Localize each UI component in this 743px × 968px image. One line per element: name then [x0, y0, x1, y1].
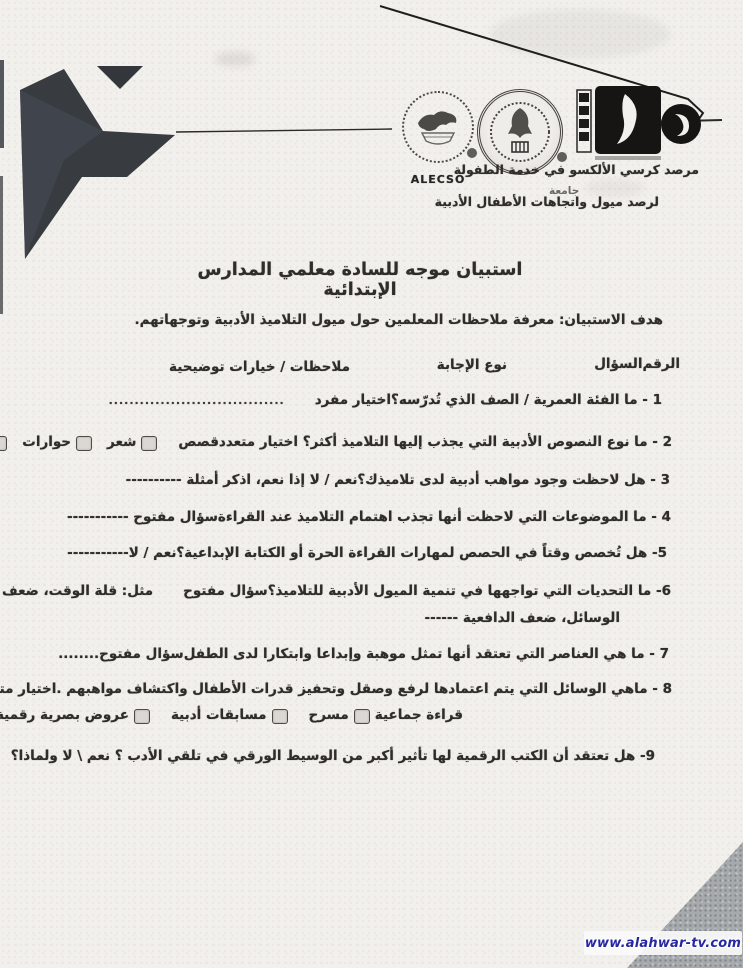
- scan-line-artifact: [176, 129, 392, 132]
- fold-triangle-artifact: [97, 66, 143, 89]
- seal-side-dot: [557, 152, 567, 162]
- checkbox-theater-icon: [272, 709, 288, 724]
- scanned-questionnaire-page: ALECSO جامعة مرصد كرسي الألكسو في خدمة ا…: [0, 0, 743, 968]
- question-8-option-group-reading: قراءة جماعية: [375, 707, 463, 723]
- question-1-answer-type: اختيار مفرد: [315, 392, 391, 408]
- checkbox-group-reading-icon: [354, 709, 370, 724]
- column-header-notes: ملاحظات / خيارات توضيحية: [169, 359, 350, 375]
- question-8-answer: اختيار متعدد: [0, 681, 56, 697]
- page-title: استبيان موجه للسادة معلمي المدارس الإبتد…: [180, 260, 540, 300]
- column-question-label: السؤال: [594, 356, 642, 372]
- scan-edge-strip: [0, 176, 3, 314]
- objective-line: هدف الاستبيان: معرفة ملاحظات المعلمين حو…: [134, 312, 663, 328]
- objective-text: هدف الاستبيان: معرفة ملاحظات المعلمين حو…: [134, 312, 663, 328]
- column-header-number-question: الرقم السؤال: [578, 356, 680, 372]
- question-row-9: 9- هل تعتقد أن الكتب الرقمية لها تأثير أ…: [11, 748, 655, 764]
- column-number-label: الرقم: [642, 356, 680, 372]
- checkbox-dialogues-icon: [0, 436, 7, 451]
- question-row-6-continuation: الوسائل، ضعف الدافعية ------: [425, 610, 621, 626]
- alecso-logo-icon: [402, 91, 474, 163]
- alecso-map-icon: [410, 99, 466, 155]
- checkbox-literary-contests-icon: [134, 709, 150, 724]
- question-9-text: 9- هل تعتقد أن الكتب الرقمية لها تأثير أ…: [11, 748, 655, 764]
- question-row-1: 1 - ما الفئة العمرية / الصف الذي تُدرّسه…: [54, 392, 662, 408]
- question-row-8-options: قراءة جماعية مسرح مسابقات أدبية عروض بصر…: [0, 707, 463, 723]
- question-5-answer: نعم / لا-----------: [67, 545, 176, 561]
- checkbox-poetry-icon: [76, 436, 92, 451]
- column-notes-label: ملاحظات / خيارات توضيحية: [169, 359, 350, 375]
- question-6-note: مثل: قلة الوقت، ضعف: [2, 583, 153, 599]
- question-row-7: 7 - ما هي العناصر التي تعتقد أنها تمثل م…: [28, 646, 669, 662]
- question-8-option-literary-contests: مسابقات أدبية: [171, 707, 267, 723]
- question-8-option-theater: مسرح: [309, 707, 349, 723]
- question-2-option-dialogues: حوارات: [22, 434, 71, 450]
- question-1-dotted-line: ..................................: [109, 394, 285, 407]
- watermark-text: www.alahwar-tv.com: [585, 936, 741, 951]
- question-6-text: 6- ما التحديات التي تواجهها في تنمية الم…: [268, 583, 671, 599]
- question-7-answer: سؤال مفتوح........: [58, 646, 184, 662]
- question-3-text: 3 - هل لاحظت وجود مواهب أدبية لدى تلاميذ…: [357, 472, 670, 488]
- seal-side-dot: [467, 148, 477, 158]
- question-6-answer: سؤال مفتوح: [183, 583, 268, 599]
- question-2-text: 2 - ما نوع النصوص الأدبية التي يجذب إليه…: [219, 434, 672, 450]
- question-row-5: 5- هل تُخصص وقتاً في الحصص لمهارات القرا…: [37, 545, 667, 561]
- question-row-3: 3 - هل لاحظت وجود مواهب أدبية لدى تلاميذ…: [110, 472, 670, 488]
- question-row-4: 4 - ما الموضوعات التي لاحظت أنها تجذب اه…: [37, 509, 671, 525]
- question-8-text: 8 - ماهي الوسائل التي يتم اعتمادها لرفع …: [56, 681, 672, 697]
- watermark-strip: www.alahwar-tv.com: [584, 931, 742, 955]
- question-5-text: 5- هل تُخصص وقتاً في الحصص لمهارات القرا…: [176, 545, 667, 561]
- column-header-answer-type: نوع الإجابة: [437, 357, 507, 373]
- question-7-text: 7 - ما هي العناصر التي تعتقد أنها تمثل م…: [184, 646, 669, 662]
- question-2-option-poetry: شعر: [107, 434, 136, 450]
- question-3-answer: نعم / لا إذا نعم، اذكر أمثلة ----------: [126, 472, 358, 488]
- question-4-text: 4 - ما الموضوعات التي لاحظت أنها تجذب اه…: [218, 509, 671, 525]
- checkbox-stories-icon: [141, 436, 157, 451]
- question-row-2: 2 - ما نوع النصوص الأدبية التي يجذب إليه…: [0, 434, 672, 450]
- scan-smudge: [215, 52, 255, 66]
- header-caption-line2: لرصد ميول واتجاهات الأطفال الأدبية: [435, 194, 659, 209]
- column-answer-type-label: نوع الإجابة: [437, 357, 507, 373]
- question-8-option-digital-visuals: عروض بصرية رقمية: [0, 707, 129, 723]
- question-row-8: 8 - ماهي الوسائل التي يتم اعتمادها لرفع …: [0, 681, 672, 697]
- question-2-option-stories: قصص: [178, 434, 219, 450]
- question-4-answer: سؤال مفتوح -----------: [67, 509, 218, 525]
- question-row-6: 6- ما التحديات التي تواجهها في تنمية الم…: [0, 583, 671, 599]
- seal-emblem-icon: [488, 100, 552, 164]
- header-caption-line1: مرصد كرسي الألكسو في خدمة الطفولة: [454, 162, 699, 177]
- question-1-text: 1 - ما الفئة العمرية / الصف الذي تُدرّسه…: [391, 392, 662, 408]
- calligraphy-logo-icon: [575, 84, 703, 164]
- question-6-note-line2: الوسائل، ضعف الدافعية ------: [425, 610, 621, 626]
- scan-smudge: [490, 10, 670, 58]
- scan-edge-strip: [0, 60, 4, 148]
